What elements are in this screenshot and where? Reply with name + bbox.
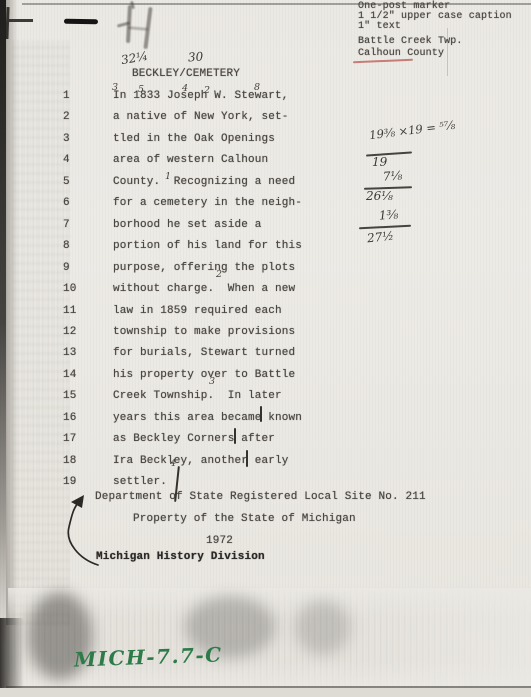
body-line: 9 purpose, offering the plots [0, 262, 531, 283]
math-row: 26⅛ [366, 190, 393, 202]
body-line: 5 County. Recognizing a need [0, 176, 531, 197]
line-number: 19 [63, 476, 77, 488]
line-number: 13 [63, 347, 77, 359]
line-text: tled in the Oak Openings [113, 133, 275, 145]
line-number: 10 [63, 283, 77, 295]
line-number: 14 [63, 369, 77, 381]
line-text: years this area became known [113, 412, 302, 424]
line-text: as Beckley Corners after [113, 433, 275, 445]
line-text: law in 1859 required each [113, 305, 282, 317]
arrow-annotation [52, 492, 114, 572]
line-text: County. Recognizing a need [113, 176, 295, 188]
marker-note-line: 1" text [358, 21, 401, 32]
body-line: 11 law in 1859 required each [0, 305, 531, 326]
footnote-mark: 3 [209, 377, 215, 387]
body-line: 14 his property over to Battle [0, 369, 531, 390]
line-text: Ira Beckley, another early [113, 455, 289, 467]
body-line: 17 as Beckley Corners after [0, 433, 531, 454]
math-row: 19 [372, 156, 387, 168]
line-text: without charge. When a new [113, 283, 295, 295]
body-line: 15 Creek Township. In later [0, 390, 531, 411]
page-title: BECKLEY/CEMETERY [132, 68, 240, 80]
line-number: 9 [63, 262, 70, 274]
footnote-mark: 1 [165, 172, 171, 182]
line-text: purpose, offering the plots [113, 262, 295, 274]
line-text: his property over to Battle [113, 369, 295, 381]
math-row: 27½ [366, 230, 394, 245]
line-number: 16 [63, 412, 77, 424]
line-number: 6 [63, 197, 70, 209]
line-text: township to make provisions [113, 326, 295, 338]
scanned-document-page: One-post marker 1 1/2" upper case captio… [0, 0, 531, 697]
line-number: 1 [63, 90, 70, 102]
measurement-note: 30 [188, 50, 204, 63]
line-number: 8 [63, 240, 70, 252]
body-line: 7 borhood he set aside a [0, 219, 531, 240]
line-number: 15 [63, 390, 77, 402]
line-text: Creek Township. In later [113, 390, 282, 402]
footnote-mark: 2 [216, 270, 222, 280]
footnote-mark: 4 [170, 459, 176, 469]
heavy-dash-mark [64, 19, 98, 24]
spacing-stroke [260, 406, 262, 422]
line-number: 12 [63, 326, 77, 338]
top-edge-line [22, 3, 531, 5]
body-line: 1 In 1833 Joseph W. Stewart, [0, 90, 531, 111]
line-number: 7 [63, 219, 70, 231]
line-number: 5 [63, 176, 70, 188]
line-number: 2 [63, 111, 70, 123]
body-line: 10 without charge. When a new [0, 283, 531, 304]
line-text: borhood he set aside a [113, 219, 262, 231]
line-text: area of western Calhoun [113, 154, 268, 166]
year-line: 1972 [206, 535, 233, 547]
spacing-stroke [246, 450, 248, 467]
smudge-blob [295, 600, 350, 655]
registered-site-line: Department of State Registered Local Sit… [95, 491, 426, 503]
line-number: 4 [63, 154, 70, 166]
line-text: for burials, Stewart turned [113, 347, 295, 359]
line-text: In 1833 Joseph W. Stewart, [113, 90, 289, 102]
body-line: 6 for a cemetery in the neigh- [0, 197, 531, 218]
spacing-stroke [234, 428, 236, 444]
body-line: 4 area of western Calhoun [0, 154, 531, 175]
line-number: 3 [63, 133, 70, 145]
division-line: Michigan History Division [96, 551, 265, 563]
property-line: Property of the State of Michigan [133, 513, 356, 525]
body-line: 8 portion of his land for this [0, 240, 531, 261]
body-line: 18 Ira Beckley, another early [0, 455, 531, 476]
body-line: 3 tled in the Oak Openings [0, 133, 531, 154]
line-text: for a cemetery in the neigh- [113, 197, 302, 209]
margin-dash-mark [9, 19, 33, 22]
math-row: 7⅛ [383, 169, 403, 182]
county-line: Calhoun County [358, 48, 444, 59]
line-text: a native of New York, set- [113, 111, 289, 123]
line-text: settler. [113, 476, 167, 488]
township-line: Battle Creek Twp. [358, 36, 463, 47]
body-line: 13 for burials, Stewart turned [0, 347, 531, 368]
scanner-bed-area [0, 688, 531, 697]
body-line: 12 township to make provisions [0, 326, 531, 347]
body-line: 16 years this area became known [0, 412, 531, 433]
line-number: 17 [63, 433, 77, 445]
line-number: 11 [63, 305, 77, 317]
line-text: portion of his land for this [113, 240, 302, 252]
line-number: 18 [63, 455, 77, 467]
math-row: 1⅜ [379, 208, 399, 221]
